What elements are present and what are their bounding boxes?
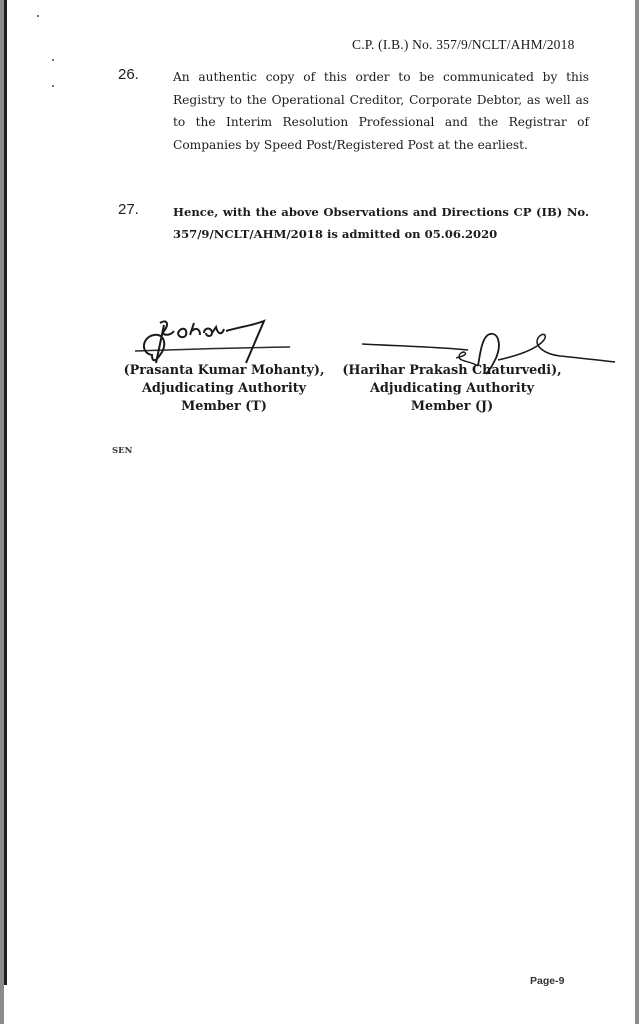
paragraph-text: Hence, with the above Observations and D… (173, 201, 589, 245)
paragraph-text: An authentic copy of this order to be co… (173, 66, 589, 156)
scan-edge-right (635, 0, 639, 1024)
signatory-name: (Harihar Prakash Chaturvedi), (336, 362, 568, 380)
signatory-name: (Prasanta Kumar Mohanty), (118, 362, 330, 380)
signatory-title: Adjudicating Authority (336, 380, 568, 398)
paragraph-number: 26. (118, 66, 139, 83)
paragraph-number: 27. (118, 201, 139, 218)
case-number-header: C.P. (I.B.) No. 357/9/NCLT/AHM/2018 (352, 37, 575, 53)
typist-initials: SEN (112, 446, 132, 456)
scan-speck (52, 85, 54, 87)
scan-speck (52, 59, 54, 61)
signatory-role: Member (J) (336, 398, 568, 416)
scan-speck (37, 15, 39, 17)
scan-edge-left-shadow (4, 0, 7, 985)
signatory-left: (Prasanta Kumar Mohanty), Adjudicating A… (118, 362, 330, 416)
signatory-right: (Harihar Prakash Chaturvedi), Adjudicati… (336, 362, 568, 416)
signatory-title: Adjudicating Authority (118, 380, 330, 398)
signatory-role: Member (T) (118, 398, 330, 416)
page-number: Page-9 (530, 975, 564, 987)
